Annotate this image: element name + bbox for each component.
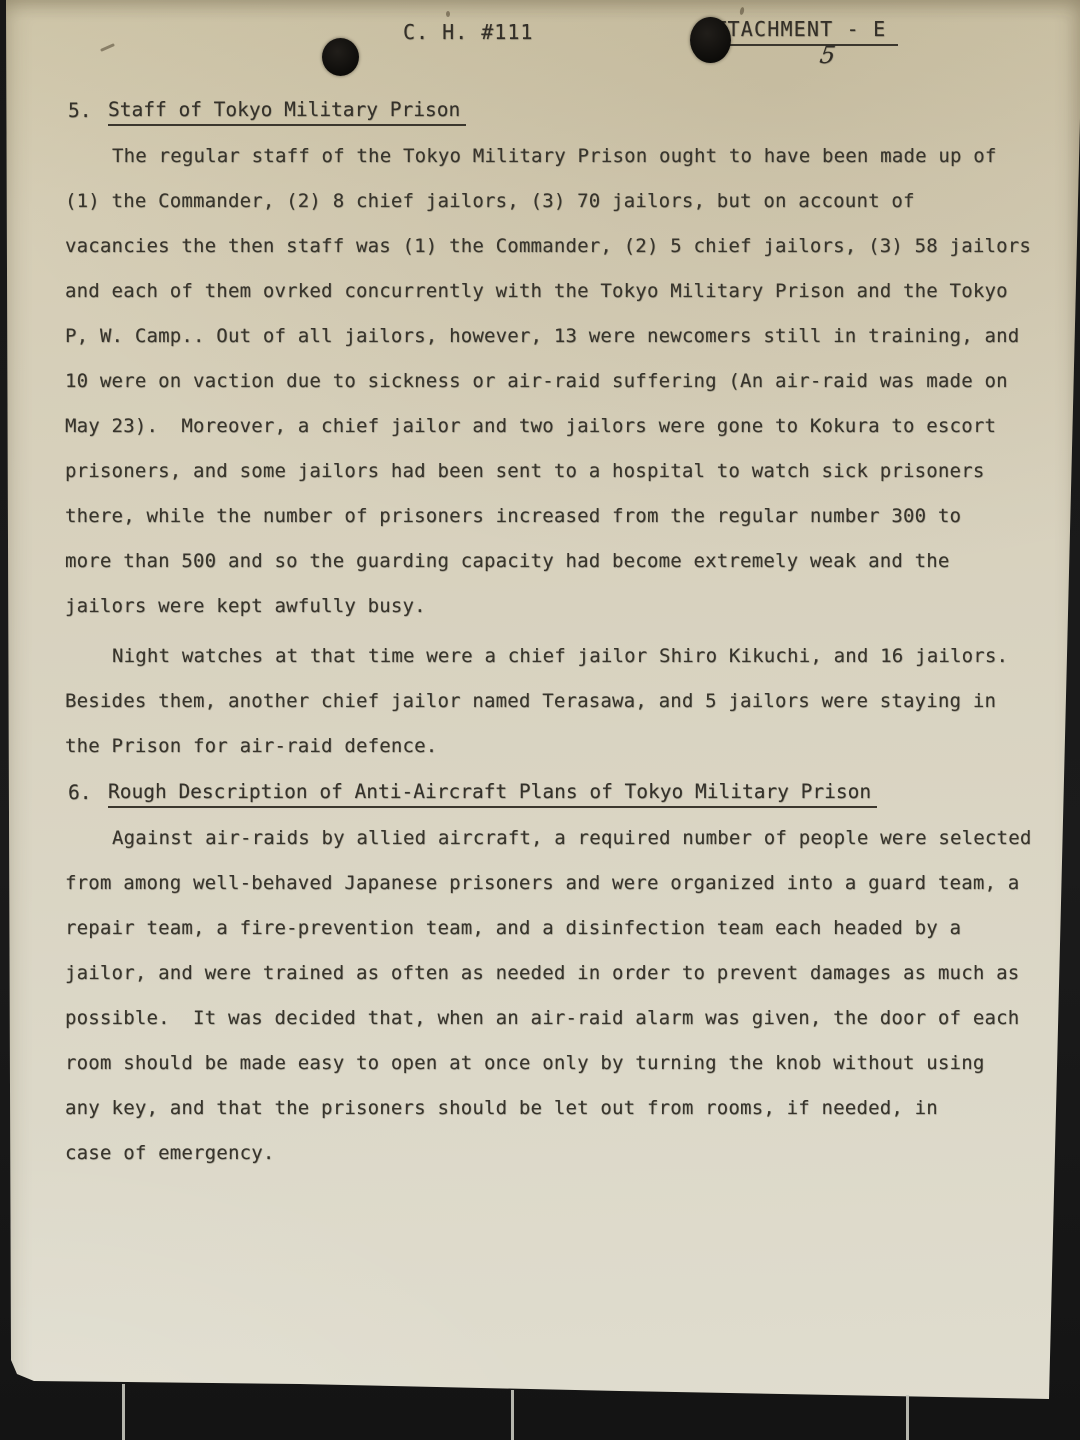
text-line: any key, and that the prisoners should b… bbox=[65, 1097, 938, 1119]
floor-seam bbox=[122, 1384, 125, 1440]
text-line: vacancies the then staff was (1) the Com… bbox=[65, 235, 1031, 257]
text-line: room should be made easy to open at once… bbox=[65, 1052, 984, 1074]
text-line: P, W. Camp.. Out of all jailors, however… bbox=[65, 325, 1019, 347]
section-6-number: 6. bbox=[68, 781, 91, 804]
floor-seam bbox=[511, 1390, 514, 1440]
text-line: (1) the Commander, (2) 8 chief jailors, … bbox=[65, 190, 915, 212]
header-page-number: 5 bbox=[818, 41, 837, 69]
header-doc-number: C. H. #111 bbox=[403, 20, 533, 44]
section-5-title: Staff of Tokyo Military Prison bbox=[108, 98, 466, 126]
text-line: possible. It was decided that, when an a… bbox=[65, 1007, 1019, 1029]
text-line: Besides them, another chief jailor named… bbox=[65, 690, 996, 712]
text-line: the Prison for air-raid defence. bbox=[65, 735, 437, 757]
text-line: Against air-raids by allied aircraft, a … bbox=[112, 827, 1031, 849]
text-line: The regular staff of the Tokyo Military … bbox=[112, 145, 997, 167]
paper-scratch bbox=[100, 43, 115, 52]
ink-speck bbox=[446, 11, 450, 17]
ink-speck bbox=[739, 7, 745, 16]
floor-seam bbox=[906, 1395, 909, 1440]
text-line: prisoners, and some jailors had been sen… bbox=[65, 460, 984, 482]
text-line: 10 were on vaction due to sickness or ai… bbox=[65, 370, 1008, 392]
paper-sheet: C. H. #111 ATTACHMENT - E 5 5. Staff of … bbox=[0, 0, 1080, 1440]
hole-punch-right bbox=[690, 17, 731, 63]
text-line: repair team, a fire-prevention team, and… bbox=[65, 917, 961, 939]
section-5-number: 5. bbox=[68, 99, 91, 122]
text-line: more than 500 and so the guarding capaci… bbox=[65, 550, 950, 572]
hole-punch-left bbox=[322, 38, 359, 76]
section-6-title: Rough Description of Anti-Aircraft Plans… bbox=[108, 780, 877, 808]
photo-background: C. H. #111 ATTACHMENT - E 5 5. Staff of … bbox=[0, 0, 1080, 1440]
text-line: May 23). Moreover, a chief jailor and tw… bbox=[65, 415, 996, 437]
text-line: jailors were kept awfully busy. bbox=[65, 595, 426, 617]
text-line: there, while the number of prisoners inc… bbox=[65, 505, 961, 527]
text-line: Night watches at that time were a chief … bbox=[112, 645, 1008, 667]
text-line: case of emergency. bbox=[65, 1142, 275, 1164]
text-line: from among well-behaved Japanese prisone… bbox=[65, 872, 1019, 894]
text-line: jailor, and were trained as often as nee… bbox=[65, 962, 1019, 984]
text-line: and each of them ovrked concurrently wit… bbox=[65, 280, 1008, 302]
